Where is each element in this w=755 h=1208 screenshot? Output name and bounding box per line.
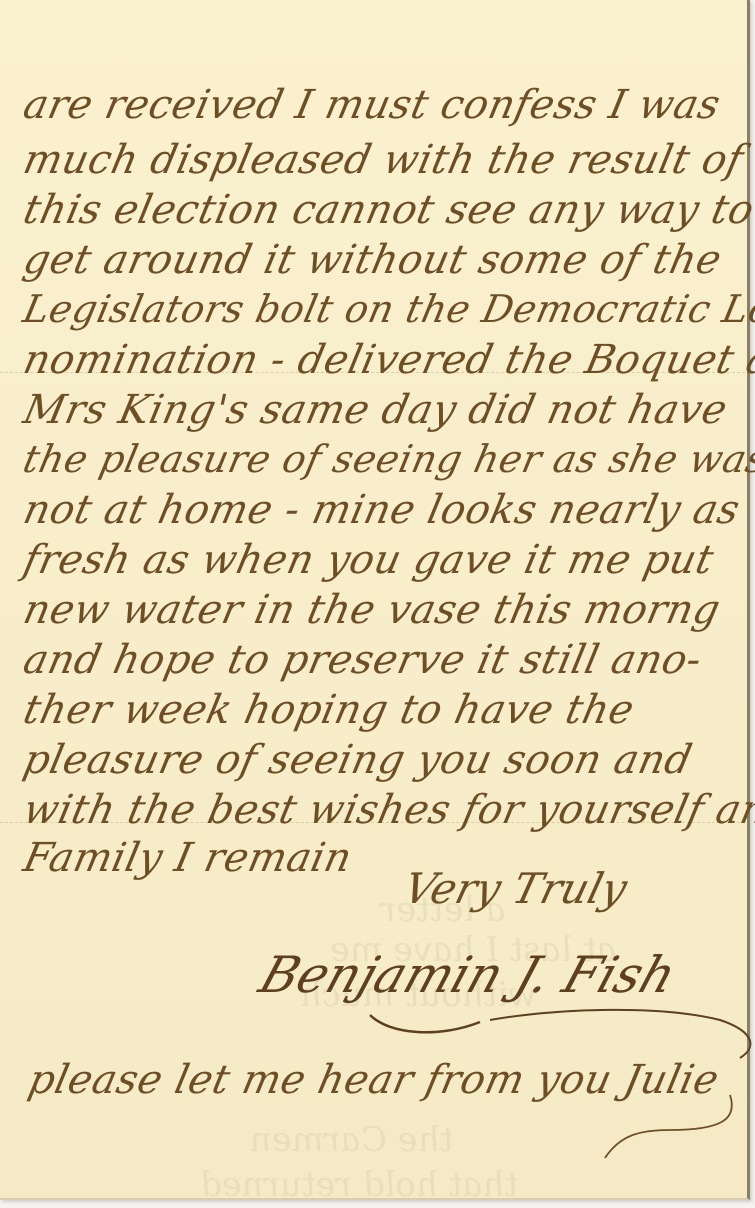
letter-line-4: get around it without some of the	[20, 240, 725, 280]
letter-closing: Very Truly	[400, 868, 631, 910]
letter-line-10: fresh as when you gave it me put	[20, 540, 717, 580]
letter-line-7: Mrs King's same day did not have	[20, 390, 731, 430]
letter-line-5: Legislators bolt on the Democratic Loco	[20, 290, 755, 328]
letter-signature: Benjamin J. Fish	[254, 950, 682, 1000]
letter-line-16: Family I remain	[20, 838, 355, 878]
letter-page: a letter at last I have me without much …	[0, 0, 750, 1200]
letter-line-14: pleasure of seeing you soon and	[20, 740, 696, 780]
bleed-through-text: that hold returned	[197, 1165, 521, 1205]
signature-flourish	[360, 1000, 755, 1060]
letter-line-6: nomination - delivered the Boquet at	[20, 340, 755, 380]
letter-line-9: not at home - mine looks nearly as	[20, 490, 743, 530]
letter-line-8: the pleasure of seeing her as she was	[20, 440, 755, 478]
letter-line-1: are received I must confess I was	[20, 85, 724, 125]
letter-line-13: ther week hoping to have the	[20, 690, 638, 730]
letter-line-2: much displeased with the result of	[20, 140, 747, 180]
postscript-flourish	[560, 1090, 740, 1160]
letter-line-3: this election cannot see any way to	[20, 190, 755, 230]
letter-line-15: with the best wishes for yourself and	[20, 790, 755, 830]
letter-line-12: and hope to preserve it still ano-	[20, 640, 705, 680]
letter-line-11: new water in the vase this morng	[20, 590, 724, 630]
bleed-through-text: the Carmen	[247, 1120, 456, 1160]
